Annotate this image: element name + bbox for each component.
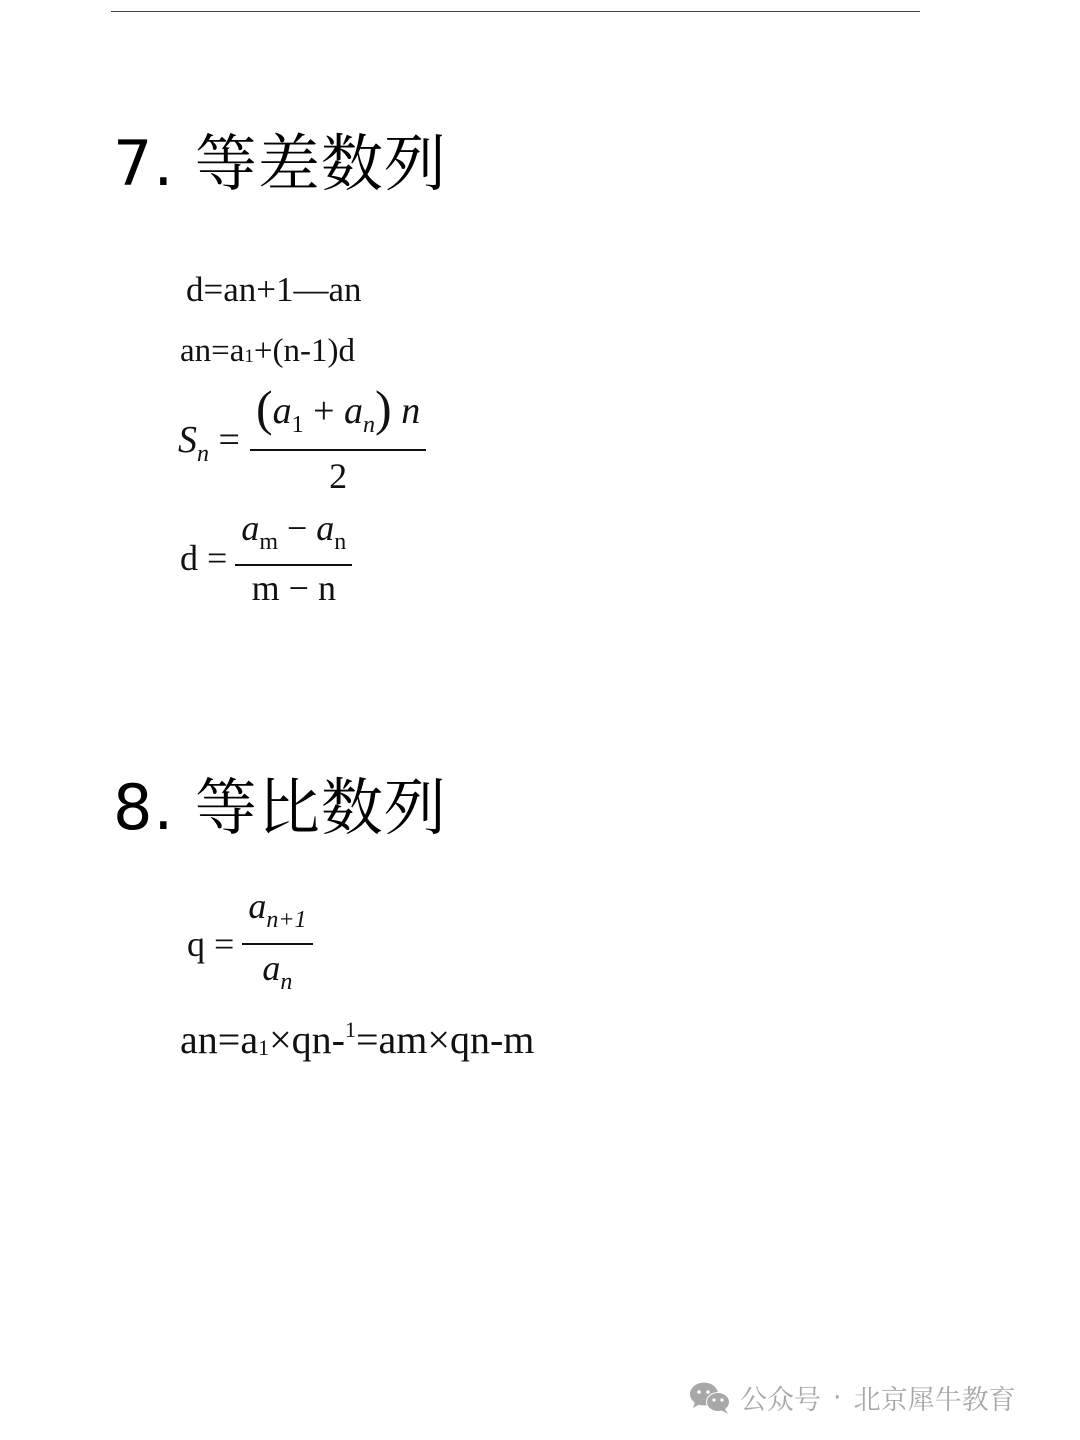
subscript: 1 [292,412,304,438]
fraction-numerator: an+1 [242,883,312,943]
formula-part: ×qn- [269,1017,345,1062]
subscript: n [197,441,209,467]
subscript: 1 [244,346,254,367]
watermark: 公众号 · 北京犀牛教育 [688,1378,1016,1417]
subscript: n [334,529,346,555]
wechat-icon [688,1381,732,1415]
formula-geometric-nth-term: an=a1×qn-1=am×qn-m [180,1016,534,1063]
formula-common-ratio: q = an+1 an [187,883,313,1005]
symbol-s: S [178,419,197,461]
formula-part: an=a [180,1017,258,1062]
d-lhs: d = [180,537,227,579]
subscript: n [363,412,375,438]
formula-arithmetic-sum: Sn = (a1 + an) n 2 [178,384,426,501]
symbol-a: a [262,948,280,988]
q-lhs: q = [187,923,234,965]
symbol-d: d [180,538,198,578]
symbol-a: a [344,390,363,432]
section-7-title: 7. 等差数列 [113,133,447,195]
d-fraction: am − an m − n [235,506,352,610]
symbol-a: a [241,508,259,548]
fraction-numerator: am − an [235,506,352,564]
formula-common-difference-general: d = am − an m − n [180,506,352,610]
minus-sign: − [278,508,316,548]
sum-fraction: (a1 + an) n 2 [250,384,426,501]
subscript: n [280,969,292,995]
fraction-denominator: m − n [246,566,342,610]
formula-arithmetic-nth-term: an=a1+(n-1)d [180,333,355,370]
fraction-denominator: 2 [323,451,353,501]
plus-sign: + [304,390,344,432]
symbol-q: q [187,924,205,964]
top-divider [111,11,920,12]
equals-sign: = [207,538,227,578]
subscript: 1 [258,1035,269,1060]
fraction-denominator: an [256,945,298,1005]
q-fraction: an+1 an [242,883,312,1005]
symbol-n: n [392,390,421,432]
superscript: 1 [345,1017,356,1042]
symbol-a: a [273,390,292,432]
subscript: m [259,529,278,555]
symbol-a: a [248,886,266,926]
footer-separator: · [833,1382,842,1413]
equals-sign: = [219,419,240,461]
equals-sign: = [214,924,234,964]
paren-close: ) [375,380,392,436]
symbol-a: a [316,508,334,548]
formula-part: +(n-1)d [254,333,355,369]
subscript: n+1 [266,907,306,933]
formula-part: =am×qn-m [356,1017,534,1062]
footer-label: 公众号 [740,1378,821,1417]
paren-open: ( [256,380,273,436]
sum-lhs: Sn = [178,418,240,468]
fraction-numerator: (a1 + an) n [250,384,426,449]
formula-common-difference: d=an+1—an [186,270,362,310]
formula-part: an=a [180,333,244,369]
footer-account-name: 北京犀牛教育 [854,1378,1016,1417]
section-8-title: 8. 等比数列 [113,777,447,839]
